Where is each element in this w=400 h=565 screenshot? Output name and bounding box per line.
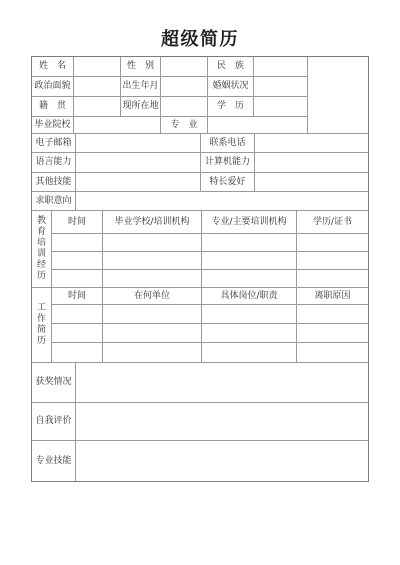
awards-value [76,363,368,403]
personal-info-section: 姓 名 性 别 民 族 政治面貌 出生年月 婚姻状况 籍 贯 现所在地 学 历 … [32,57,368,134]
work-row-time [52,343,103,363]
name-label: 姓 名 [32,57,74,77]
edu-header-major: 专业/主要培训机构 [202,211,297,234]
current-location-value [161,97,208,117]
education-level-value [254,97,308,117]
self-evaluation-label: 自我评价 [32,403,76,441]
edu-row-degree [297,270,368,288]
edu-row-school [103,252,202,270]
work-row-time [52,305,103,324]
ethnicity-label: 民 族 [208,57,254,77]
work-header-leave-reason: 离职原因 [297,288,368,305]
marital-status-label: 婚姻状况 [208,77,254,97]
education-section: 教育 培训 经历 时间 毕业学校/培训机构 专业/主要培训机构 学历/证书 [32,211,368,288]
email-value [76,134,201,153]
work-row-position [202,324,297,343]
native-place-value [74,97,121,117]
self-evaluation-value [76,403,368,441]
work-row-leave-reason [297,305,368,324]
edu-row-school [103,270,202,288]
work-header-company: 在何单位 [103,288,202,305]
photo-box [308,57,368,134]
work-row-company [103,305,202,324]
edu-header-school: 毕业学校/培训机构 [103,211,202,234]
edu-row-major [202,234,297,252]
work-row-position [202,343,297,363]
phone-label: 联系电话 [201,134,255,153]
work-header-position: 具体岗位/职责 [202,288,297,305]
job-objective-label: 求职意向 [32,192,76,211]
graduate-school-value [74,117,161,134]
work-row-company [103,324,202,343]
professional-skills-label: 专业技能 [32,441,76,481]
work-row-position [202,305,297,324]
work-row-time [52,324,103,343]
resume-table: 姓 名 性 别 民 族 政治面貌 出生年月 婚姻状况 籍 贯 现所在地 学 历 … [31,56,369,482]
major-value [208,117,308,134]
job-objective-value [76,192,368,211]
edu-header-degree: 学历/证书 [297,211,368,234]
edu-row-time [52,252,103,270]
gender-label: 性 别 [121,57,161,77]
resume-page: 超级简历 姓 名 性 别 民 族 政治面貌 出生年月 婚姻状况 籍 贯 现所在地… [0,0,400,565]
edu-row-time [52,270,103,288]
edu-row-major [202,252,297,270]
other-skills-label: 其他技能 [32,173,76,192]
email-label: 电子邮箱 [32,134,76,153]
work-section: 工作 简历 时间 在何单位 具体岗位/职责 离职原因 [32,288,368,363]
summary-sections: 获奖情况 自我评价 专业技能 [32,363,368,481]
current-location-label: 现所在地 [121,97,161,117]
contact-skills-section: 电子邮箱 联系电话 语言能力 计算机能力 其他技能 特长爱好 [32,134,368,192]
other-skills-value [76,173,201,192]
awards-label: 获奖情况 [32,363,76,403]
political-status-label: 政治面貌 [32,77,74,97]
professional-skills-value [76,441,368,481]
marital-status-value [254,77,308,97]
education-section-label: 教育 培训 经历 [32,211,52,288]
work-section-label: 工作 简历 [32,288,52,363]
language-ability-value [76,153,201,173]
work-row-company [103,343,202,363]
political-status-value [74,77,121,97]
phone-value [255,134,368,153]
birth-date-value [161,77,208,97]
edu-row-degree [297,234,368,252]
language-ability-label: 语言能力 [32,153,76,173]
work-row-leave-reason [297,343,368,363]
page-title: 超级简历 [0,25,400,51]
computer-skills-label: 计算机能力 [201,153,255,173]
work-header-time: 时间 [52,288,103,305]
ethnicity-value [254,57,308,77]
major-label: 专 业 [161,117,208,134]
native-place-label: 籍 贯 [32,97,74,117]
edu-row-major [202,270,297,288]
gender-value [161,57,208,77]
education-level-label: 学 历 [208,97,254,117]
graduate-school-label: 毕业院校 [32,117,74,134]
edu-row-degree [297,252,368,270]
birth-date-label: 出生年月 [121,77,161,97]
edu-row-school [103,234,202,252]
work-row-leave-reason [297,324,368,343]
computer-skills-value [255,153,368,173]
edu-row-time [52,234,103,252]
hobbies-label: 特长爱好 [201,173,255,192]
job-objective-section: 求职意向 [32,192,368,211]
edu-header-time: 时间 [52,211,103,234]
hobbies-value [255,173,368,192]
name-value [74,57,121,77]
